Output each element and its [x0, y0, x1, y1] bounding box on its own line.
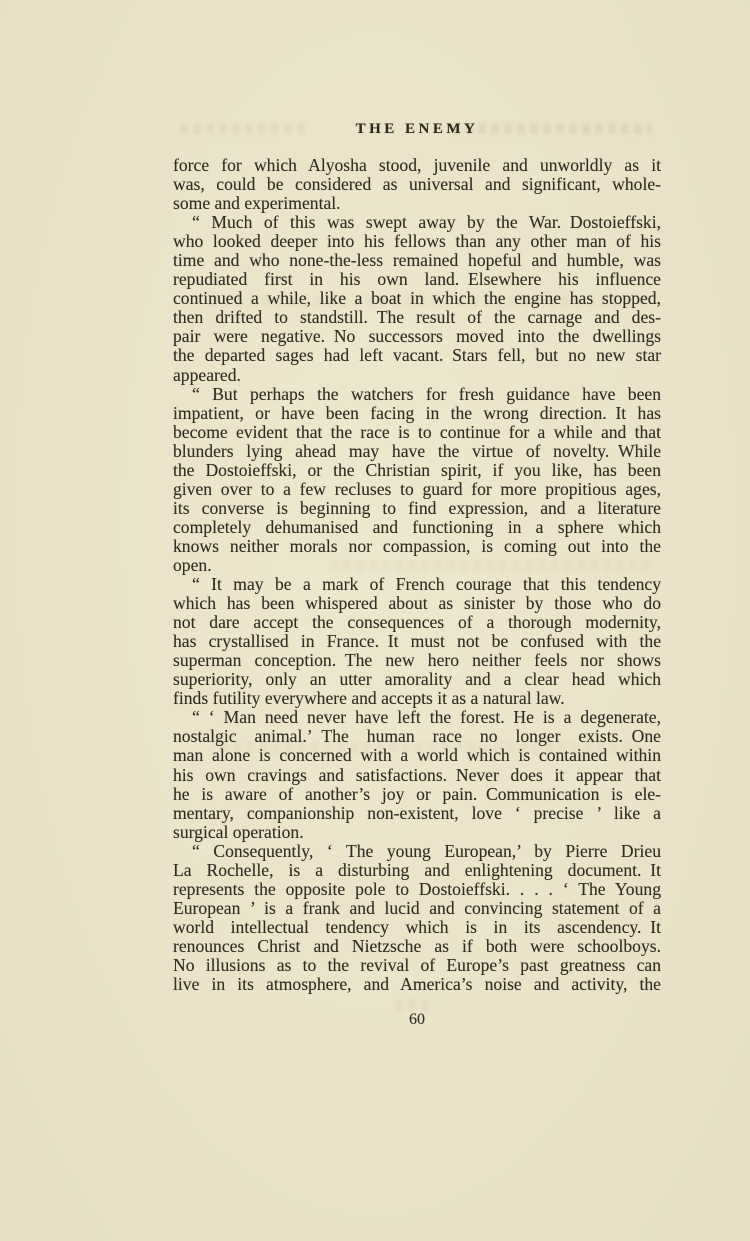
show-through-artifact — [395, 1000, 429, 1011]
text-line: time and who none-the-less remained hope… — [173, 251, 661, 270]
text-line: then drifted to standstill. The result o… — [173, 308, 661, 327]
text-line: repudiated first in his own land. Elsewh… — [173, 270, 661, 289]
paragraph: force for which Alyosha stood, juvenile … — [173, 156, 661, 213]
text-line: pair were negative. No successors moved … — [173, 327, 661, 346]
text-line: superman conception. The new hero neithe… — [173, 651, 661, 670]
text-line: force for which Alyosha stood, juvenile … — [173, 156, 661, 175]
text-line: live in its atmosphere, and America’s no… — [173, 975, 661, 994]
text-line: knows neither morals nor compassion, is … — [173, 537, 661, 556]
text-line: finds futility everywhere and accepts it… — [173, 689, 661, 708]
text-line: not dare accept the consequences of a th… — [173, 613, 661, 632]
text-line: man alone is concerned with a world whic… — [173, 746, 661, 765]
text-line: superiority, only an utter amorality and… — [173, 670, 661, 689]
text-line: given over to a few recluses to guard fo… — [173, 480, 661, 499]
text-line: blunders lying ahead may have the virtue… — [173, 442, 661, 461]
text-line: completely dehumanised and functioning i… — [173, 518, 661, 537]
text-line: La Rochelle, is a disturbing and enlight… — [173, 861, 661, 880]
paragraph: “ Much of this was swept away by the War… — [173, 213, 661, 384]
text-line: world intellectual tendency which is in … — [173, 918, 661, 937]
text-line: the Dostoieffski, or the Christian spiri… — [173, 461, 661, 480]
paragraph: “ But perhaps the watchers for fresh gui… — [173, 385, 661, 575]
text-line: “ It may be a mark of French courage tha… — [173, 575, 661, 594]
running-header: THE ENEMY — [173, 121, 661, 138]
text-line: “ Consequently, ‘ The young European,’ b… — [173, 842, 661, 861]
text-line: was, could be considered as universal an… — [173, 175, 661, 194]
text-line: has crystallised in France. It must not … — [173, 632, 661, 651]
text-line: he is aware of another’s joy or pain. Co… — [173, 785, 661, 804]
text-line: “ Much of this was swept away by the War… — [173, 213, 661, 232]
text-line: which has been whispered about as sinist… — [173, 594, 661, 613]
text-line: renounces Christ and Nietzsche as if bot… — [173, 937, 661, 956]
text-line: who looked deeper into his fellows than … — [173, 232, 661, 251]
text-line: his own cravings and satisfactions. Neve… — [173, 766, 661, 785]
text-line: open. — [173, 556, 661, 575]
text-line: nostalgic animal.’ The human race no lon… — [173, 727, 661, 746]
text-line: “ But perhaps the watchers for fresh gui… — [173, 385, 661, 404]
text-line: its converse is beginning to find expres… — [173, 499, 661, 518]
text-line: appeared. — [173, 366, 661, 385]
paragraph: “ Consequently, ‘ The young European,’ b… — [173, 842, 661, 994]
page-number: 60 — [173, 1011, 661, 1029]
text-line: the departed sages had left vacant. Star… — [173, 346, 661, 365]
book-page-scan: THE ENEMY force for which Alyosha stood,… — [0, 0, 750, 1241]
paragraph: “ ‘ Man need never have left the forest.… — [173, 708, 661, 841]
text-line: become evident that the race is to conti… — [173, 423, 661, 442]
text-line: mentary, companionship non-existent, lov… — [173, 804, 661, 823]
text-line: No illusions as to the revival of Europe… — [173, 956, 661, 975]
text-line: surgical operation. — [173, 823, 661, 842]
text-line: some and experimental. — [173, 194, 661, 213]
text-line: European ’ is a frank and lucid and conv… — [173, 899, 661, 918]
text-line: “ ‘ Man need never have left the forest.… — [173, 708, 661, 727]
text-line: continued a while, like a boat in which … — [173, 289, 661, 308]
paragraph: “ It may be a mark of French courage tha… — [173, 575, 661, 708]
text-line: impatient, or have been facing in the wr… — [173, 404, 661, 423]
text-line: represents the opposite pole to Dostoief… — [173, 880, 661, 899]
page-body: force for which Alyosha stood, juvenile … — [173, 156, 661, 994]
